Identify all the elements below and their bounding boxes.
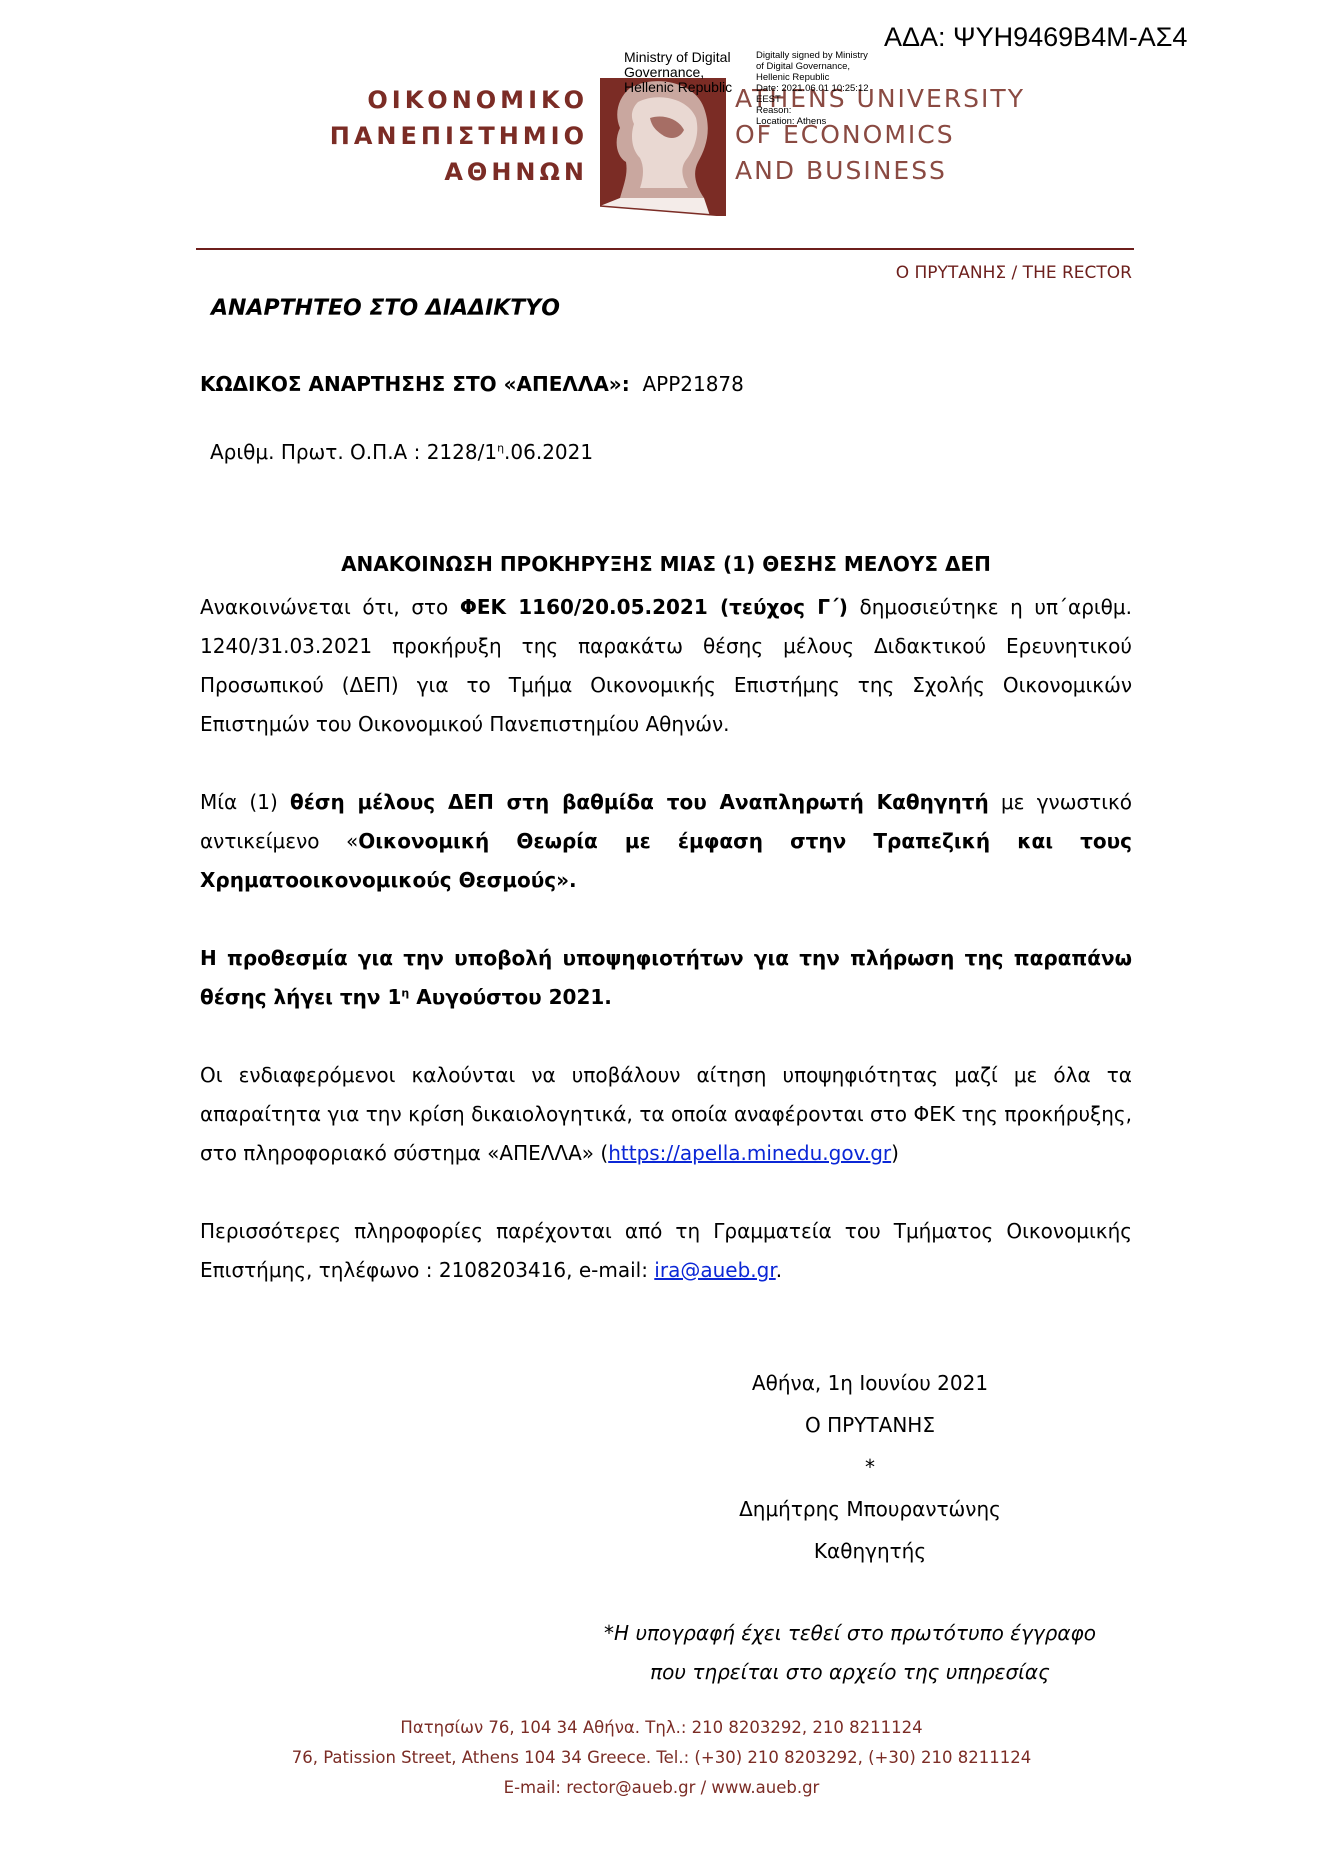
footer-address-greek: Πατησίων 76, 104 34 Αθήνα. Τηλ.: 210 820… xyxy=(0,1713,1323,1743)
paragraph-application: Οι ενδιαφερόμενοι καλούνται να υποβάλουν… xyxy=(200,1056,1132,1173)
text: ». xyxy=(556,868,577,892)
deadline-text: Η προθεσμία για την υποβολή υποψηφιοτήτω… xyxy=(200,946,1132,1009)
paragraph-deadline: Η προθεσμία για την υποβολή υποψηφιοτήτω… xyxy=(200,939,1132,1017)
signature-detail-line: Hellenic Republic xyxy=(756,72,869,83)
ada-code: ΑΔΑ: ΨΥΗ9469Β4Μ-ΑΣ4 xyxy=(884,22,1187,53)
logo-greek-line-3: ΑΘΗΝΩΝ xyxy=(444,158,588,186)
text: . xyxy=(776,1258,782,1282)
header-divider xyxy=(196,248,1134,250)
apella-code: ΚΩΔΙΚΟΣ ΑΝΑΡΤΗΣΗΣ ΣΤΟ «ΑΠΕΛΛΑ»: APP21878 xyxy=(200,372,744,396)
text: ) xyxy=(891,1141,899,1165)
footer-contact: E-mail: rector@aueb.gr / www.aueb.gr xyxy=(0,1773,1323,1803)
signature-place-date: Αθήνα, 1η Ιουνίου 2021 xyxy=(640,1362,1100,1404)
position-rank: θέση μέλους ΔΕΠ στη βαθμίδα του Αναπληρω… xyxy=(290,790,989,814)
signer-line: Governance, xyxy=(624,65,732,80)
signature-detail-line: Location: Athens xyxy=(756,116,869,127)
footer-address-english: 76, Patission Street, Athens 104 34 Gree… xyxy=(0,1743,1323,1773)
protocol-sup: η xyxy=(497,441,504,454)
protocol-number: Αριθμ. Πρωτ. Ο.Π.Α : 2128/1η.06.2021 xyxy=(210,440,593,464)
signatory-title: Καθηγητής xyxy=(640,1530,1100,1572)
protocol-suffix: .06.2021 xyxy=(504,440,593,464)
protocol-prefix: Αριθμ. Πρωτ. Ο.Π.Α : 2128/1 xyxy=(210,440,497,464)
apella-code-label: ΚΩΔΙΚΟΣ ΑΝΑΡΤΗΣΗΣ ΣΤΟ «ΑΠΕΛΛΑ»: xyxy=(200,372,630,396)
digital-signature-signer: Ministry of Digital Governance, Hellenic… xyxy=(624,50,732,95)
signature-detail-line: Digitally signed by Ministry xyxy=(756,50,869,61)
deadline-date: Αυγούστου 2021. xyxy=(409,985,612,1009)
signer-line: Hellenic Republic xyxy=(624,80,732,95)
university-logo-bust-icon xyxy=(600,78,726,216)
signature-note-line-2: που τηρείται στο αρχείο της υπηρεσίας xyxy=(560,1653,1140,1692)
posting-notice: ΑΝΑΡΤΗΤΕΟ ΣΤΟ ΔΙΑΔΙΚΤΥΟ xyxy=(211,296,560,321)
text: Μία (1) xyxy=(200,790,290,814)
rector-label: Ο ΠΡΥΤΑΝΗΣ / THE RECTOR xyxy=(896,263,1132,283)
signature-note-line-1: *Η υπογραφή έχει τεθεί στο πρωτότυπο έγγ… xyxy=(560,1614,1140,1653)
email-link[interactable]: ira@aueb.gr xyxy=(654,1258,775,1282)
apella-link[interactable]: https://apella.minedu.gov.gr xyxy=(608,1141,891,1165)
text: Ανακοινώνεται ότι, στο xyxy=(200,595,460,619)
signature-detail-line: Date: 2021.06.01 10:25:12 xyxy=(756,83,869,94)
signatory-name: Δημήτρης Μπουραντώνης xyxy=(640,1488,1100,1530)
digital-signature-details: Digitally signed by Ministry of Digital … xyxy=(756,50,869,127)
logo-english-line-3: AND BUSINESS xyxy=(735,156,947,185)
signature-detail-line: Reason: xyxy=(756,105,869,116)
paragraph-announcement: Ανακοινώνεται ότι, στο ΦΕΚ 1160/20.05.20… xyxy=(200,588,1132,744)
fek-reference: ΦΕΚ 1160/20.05.2021 (τεύχος Γ΄) xyxy=(460,595,848,619)
logo-greek-line-1: ΟΙΚΟΝΟΜΙΚΟ xyxy=(367,86,588,114)
paragraph-position: Μία (1) θέση μέλους ΔΕΠ στη βαθμίδα του … xyxy=(200,783,1132,900)
announcement-title: ΑΝΑΚΟΙΝΩΣΗ ΠΡΟΚΗΡΥΞΗΣ ΜΙΑΣ (1) ΘΕΣΗΣ ΜΕΛ… xyxy=(200,552,1132,576)
signer-line: Ministry of Digital xyxy=(624,50,732,65)
signature-role: Ο ΠΡΥΤΑΝΗΣ xyxy=(640,1404,1100,1446)
apella-code-value: APP21878 xyxy=(642,372,743,396)
logo-greek-line-2: ΠΑΝΕΠΙΣΤΗΜΙΟ xyxy=(330,122,588,150)
paragraph-contact: Περισσότερες πληροφορίες παρέχονται από … xyxy=(200,1212,1132,1290)
signature-asterisk: * xyxy=(640,1446,1100,1488)
signature-detail-line: EEST xyxy=(756,94,869,105)
signature-detail-line: of Digital Governance, xyxy=(756,61,869,72)
